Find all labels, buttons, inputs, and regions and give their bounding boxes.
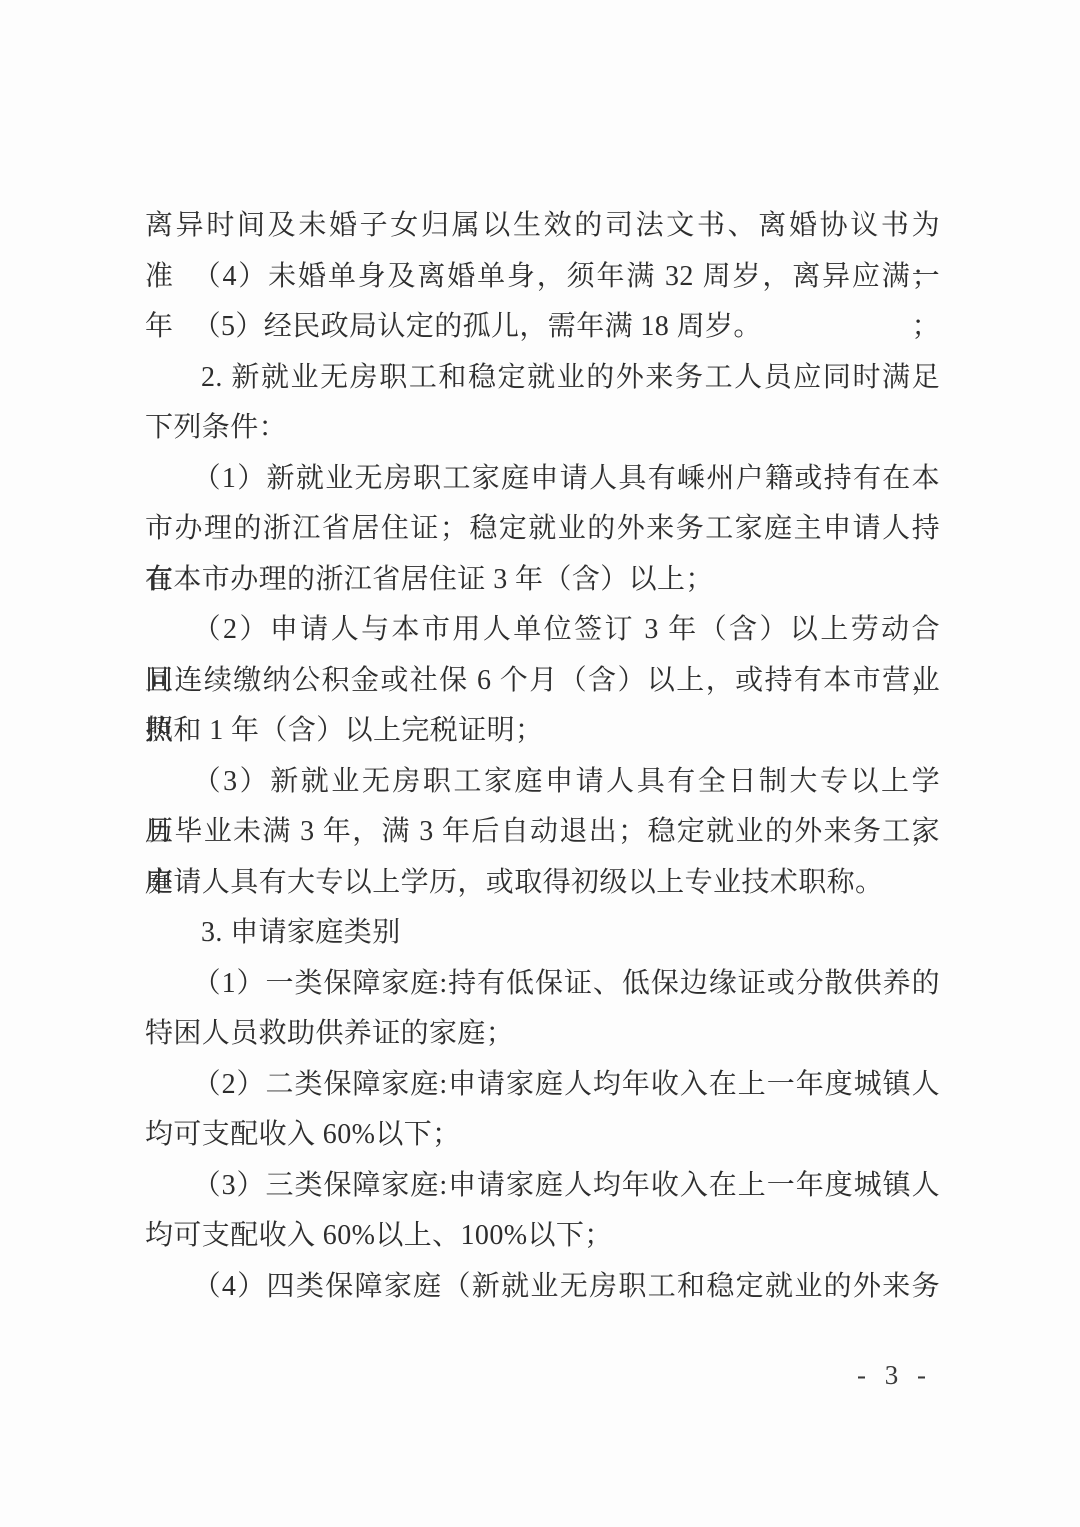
text-line: 2. 新就业无房职工和稳定就业的外来务工人员应同时满足	[145, 353, 940, 404]
text-line: 3. 申请家庭类别	[145, 908, 940, 959]
text-line: 申请人具有大专以上学历，或取得初级以上专业技术职称。	[145, 858, 940, 909]
text-line: 特困人员救助供养证的家庭；	[145, 1009, 940, 1060]
text-line: （3）新就业无房职工家庭申请人具有全日制大专以上学历，	[145, 757, 940, 808]
text-line: （1）新就业无房职工家庭申请人具有嵊州户籍或持有在本	[145, 454, 940, 505]
page-number: - 3 -	[857, 1360, 927, 1390]
document-body: 离异时间及未婚子女归属以生效的司法文书、离婚协议书为准； （4）未婚单身及离婚单…	[145, 201, 940, 1312]
text-line: （1）一类保障家庭:持有低保证、低保边缘证或分散供养的	[145, 959, 940, 1010]
text-line: （4）四类保障家庭（新就业无房职工和稳定就业的外来务	[145, 1262, 940, 1313]
text-line: 均可支配收入 60%以上、100%以下；	[145, 1211, 940, 1262]
text-line: 照和 1 年（含）以上完税证明；	[145, 706, 940, 757]
text-line: 且连续缴纳公积金或社保 6 个月（含）以上，或持有本市营业执	[145, 656, 940, 707]
text-line: （2）申请人与本市用人单位签订 3 年（含）以上劳动合同，	[145, 605, 940, 656]
text-line: 市办理的浙江省居住证；稳定就业的外来务工家庭主申请人持有	[145, 504, 940, 555]
text-line: （3）三类保障家庭:申请家庭人均年收入在上一年度城镇人	[145, 1161, 940, 1212]
text-line: 均可支配收入 60%以下；	[145, 1110, 940, 1161]
text-line: 且毕业未满 3 年，满 3 年后自动退出；稳定就业的外来务工家庭	[145, 807, 940, 858]
text-line: 下列条件：	[145, 403, 940, 454]
text-line: （2）二类保障家庭:申请家庭人均年收入在上一年度城镇人	[145, 1060, 940, 1111]
text-line: （4）未婚单身及离婚单身，须年满 32 周岁，离异应满一年；	[145, 252, 940, 303]
text-line: 离异时间及未婚子女归属以生效的司法文书、离婚协议书为准；	[145, 201, 940, 252]
document-page: 离异时间及未婚子女归属以生效的司法文书、离婚协议书为准； （4）未婚单身及离婚单…	[0, 0, 1080, 1527]
text-line: 在本市办理的浙江省居住证 3 年（含）以上；	[145, 555, 940, 606]
